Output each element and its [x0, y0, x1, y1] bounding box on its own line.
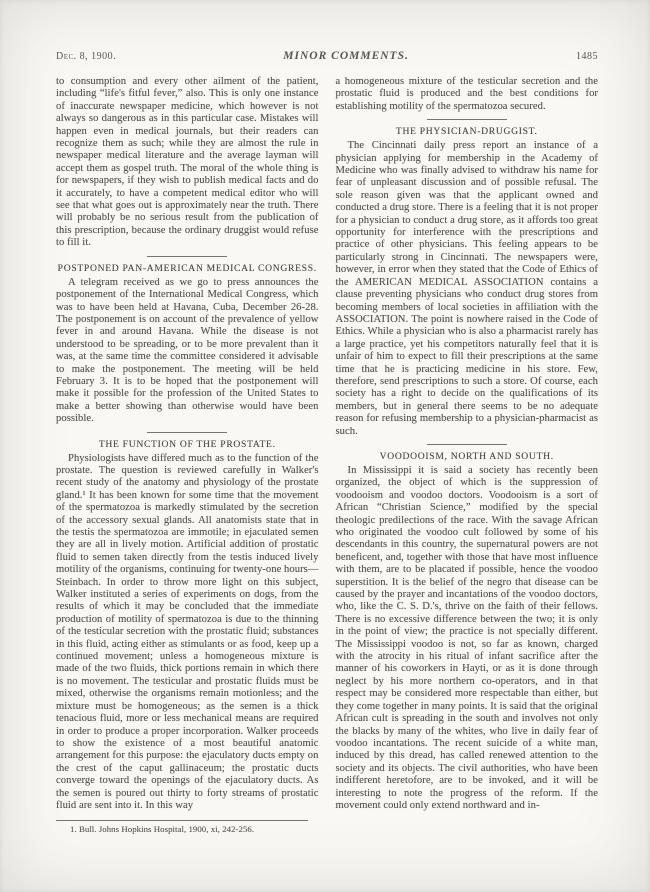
footnote-citation: 1. Bull. Johns Hopkins Hospital, 1900, x… [56, 824, 319, 835]
running-title: MINOR COMMENTS. [283, 50, 409, 62]
scanned-journal-page: Dec. 8, 1900. MINOR COMMENTS. 1485 to co… [0, 0, 650, 892]
section-heading-postponed-congress: POSTPONED PAN-AMERICAN MEDICAL CONGRESS. [56, 263, 319, 274]
page-header: Dec. 8, 1900. MINOR COMMENTS. 1485 [56, 50, 598, 62]
paragraph-function-prostate: Physiologists have differed much as to t… [56, 453, 319, 813]
two-column-body: to consumption and every other ailment o… [56, 76, 598, 835]
page-content: Dec. 8, 1900. MINOR COMMENTS. 1485 to co… [56, 50, 598, 868]
section-divider [427, 119, 507, 120]
section-heading-voodooism: VOODOOISM, NORTH AND SOUTH. [336, 451, 599, 462]
paragraph-postponed-congress: A telegram received as we go to press an… [56, 277, 319, 426]
paragraph-voodooism: In Mississippi it is said a society has … [336, 465, 599, 812]
paragraph-continuation-right: a homogeneous mixture of the testicular … [336, 76, 599, 113]
section-divider [427, 444, 507, 445]
footnote-divider [56, 820, 308, 821]
issue-date: Dec. 8, 1900. [56, 51, 116, 62]
right-column: a homogeneous mixture of the testicular … [336, 76, 599, 835]
paragraph-continuation-left: to consumption and every other ailment o… [56, 76, 319, 250]
section-heading-function-prostate: THE FUNCTION OF THE PROSTATE. [56, 439, 319, 450]
section-heading-physician-druggist: THE PHYSICIAN-DRUGGIST. [336, 126, 599, 137]
page-number: 1485 [576, 51, 598, 62]
paragraph-physician-druggist: The Cincinnati daily press report an ins… [336, 140, 599, 438]
left-column: to consumption and every other ailment o… [56, 76, 319, 835]
section-divider [147, 256, 227, 257]
section-divider [147, 432, 227, 433]
